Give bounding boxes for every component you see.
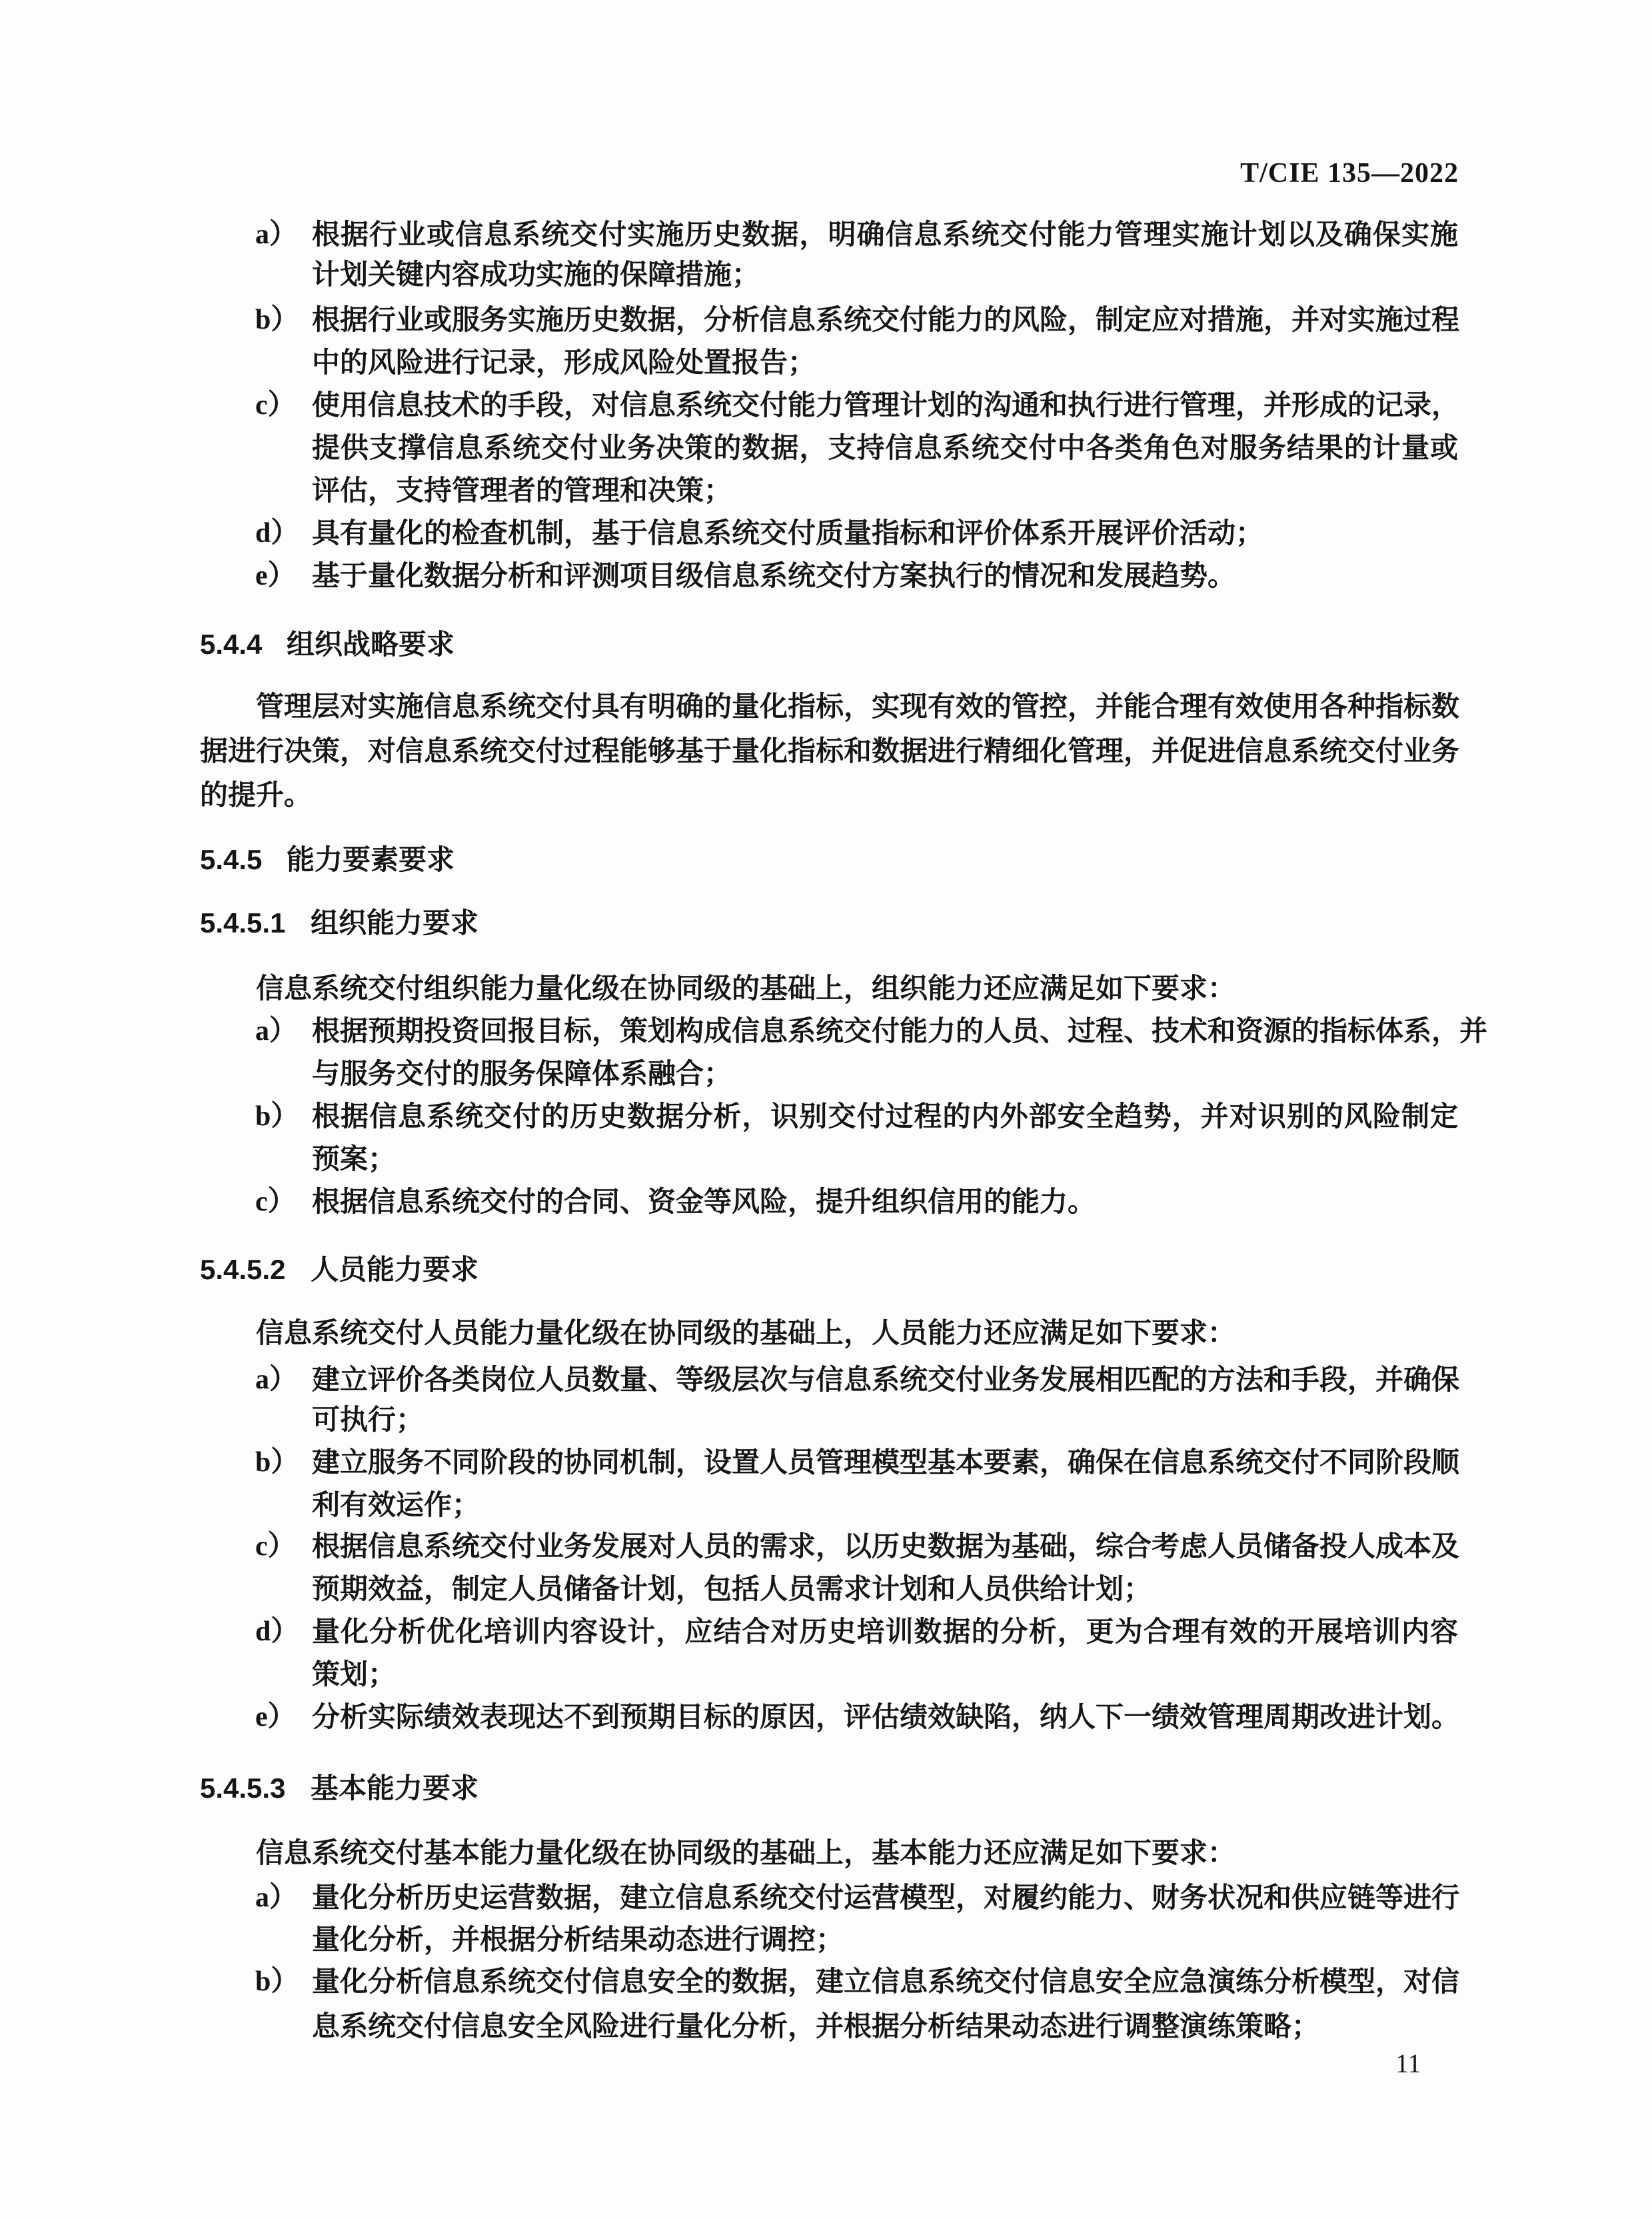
list-text: 分析实际绩效表现达不到预期目标的原因，评估绩效缺陷，纳人下一绩效管理周期改进计划… [312,1696,1458,1738]
list-text: 量化分析信息系统交付信息安全的数据，建立信息系统交付信息安全应急演练分析模型，对… [312,1960,1458,2003]
section-title: 能力要素要求 [287,839,454,881]
section-number: 5.4.5.1 [200,902,285,945]
list-label: a） [255,1358,297,1401]
section-number: 5.4.5 [200,839,262,881]
list-text: 根据预期投资回报目标，策划构成信息系统交付能力的人员、过程、技术和资源的指标体系… [312,1010,1458,1053]
paragraph-text: 的提升。 [200,774,1458,817]
list-text: 策划； [312,1653,1458,1696]
list-label: a） [255,213,297,256]
list-label: d） [255,512,299,555]
list-text: 利有效运作； [312,1484,1458,1526]
paragraph-text: 管理层对实施信息系统交付具有明确的量化指标，实现有效的管控，并能合理有效使用各种… [256,685,1458,728]
section-title: 组织战略要求 [287,623,454,666]
paragraph-text: 据进行决策，对信息系统交付过程能够基于量化指标和数据进行精细化管理，并促进信息系… [200,730,1458,773]
section-title: 组织能力要求 [311,902,478,945]
section-number: 5.4.5.2 [200,1248,285,1291]
section-number: 5.4.5.3 [200,1767,285,1810]
standard-id-header: T/CIE 135—2022 [1240,157,1459,189]
list-text: 根据行业或信息系统交付实施历史数据，明确信息系统交付能力管理实施计划以及确保实施 [312,213,1458,256]
list-text: 提供支撑信息系统交付业务决策的数据，支持信息系统交付中各类角色对服务结果的计量或 [312,427,1458,469]
list-text: 建立服务不同阶段的协同机制，设置人员管理模型基本要素，确保在信息系统交付不同阶段… [312,1441,1458,1484]
list-text: 量化分析，并根据分析结果动态进行调控； [312,1918,1458,1961]
list-text: 可执行； [312,1398,1458,1441]
list-text: 根据信息系统交付的合同、资金等风险，提升组织信用的能力。 [312,1180,1458,1223]
intro-text: 信息系统交付人员能力量化级在协同级的基础上，人员能力还应满足如下要求： [256,1312,1236,1354]
page-number: 11 [1395,2048,1421,2079]
list-label: e） [255,1696,296,1738]
list-text: 建立评价各类岗位人员数量、等级层次与信息系统交付业务发展相匹配的方法和手段，并确… [312,1358,1458,1401]
intro-text: 信息系统交付组织能力量化级在协同级的基础上，组织能力还应满足如下要求： [256,967,1236,1010]
list-text: 中的风险进行记录，形成风险处置报告； [312,341,1458,384]
list-text: 根据信息系统交付的历史数据分析，识别交付过程的内外部安全趋势，并对识别的风险制定 [312,1095,1458,1138]
list-label: a） [255,1010,297,1053]
list-label: b） [255,299,299,341]
section-title: 人员能力要求 [311,1248,478,1291]
list-label: b） [255,1095,299,1138]
list-text: 预期效益，制定人员储备计划，包括人员需求计划和人员供给计划； [312,1568,1458,1610]
list-text: 基于量化数据分析和评测项目级信息系统交付方案执行的情况和发展趋势。 [312,555,1458,597]
list-text: 评估，支持管理者的管理和决策； [312,469,1458,512]
list-label: d） [255,1610,299,1653]
list-label: c） [255,1180,296,1223]
section-number: 5.4.4 [200,623,262,666]
section-title: 基本能力要求 [311,1767,478,1810]
list-text: 根据行业或服务实施历史数据，分析信息系统交付能力的风险，制定应对措施，并对实施过… [312,299,1458,341]
list-label: b） [255,1441,299,1484]
list-text: 具有量化的检查机制，基于信息系统交付质量指标和评价体系开展评价活动； [312,512,1458,555]
list-text: 息系统交付信息安全风险进行量化分析，并根据分析结果动态进行调整演练策略； [312,2005,1458,2048]
list-text: 使用信息技术的手段，对信息系统交付能力管理计划的沟通和执行进行管理，并形成的记录… [312,384,1458,427]
list-text: 量化分析历史运营数据，建立信息系统交付运营模型，对履约能力、财务状况和供应链等进… [312,1876,1458,1919]
list-label: a） [255,1876,297,1919]
list-label: c） [255,1525,296,1568]
list-label: e） [255,555,296,597]
list-label: c） [255,384,296,427]
list-text: 量化分析优化培训内容设计，应结合对历史培训数据的分析，更为合理有效的开展培训内容 [312,1610,1458,1653]
list-text: 与服务交付的服务保障体系融合； [312,1053,1458,1095]
list-text: 预案； [312,1138,1458,1180]
list-label: b） [255,1960,299,2003]
list-text: 计划关键内容成功实施的保障措施； [312,253,1458,296]
intro-text: 信息系统交付基本能力量化级在协同级的基础上，基本能力还应满足如下要求： [256,1832,1236,1874]
list-text: 根据信息系统交付业务发展对人员的需求，以历史数据为基础，综合考虑人员储备投人成本… [312,1525,1458,1568]
